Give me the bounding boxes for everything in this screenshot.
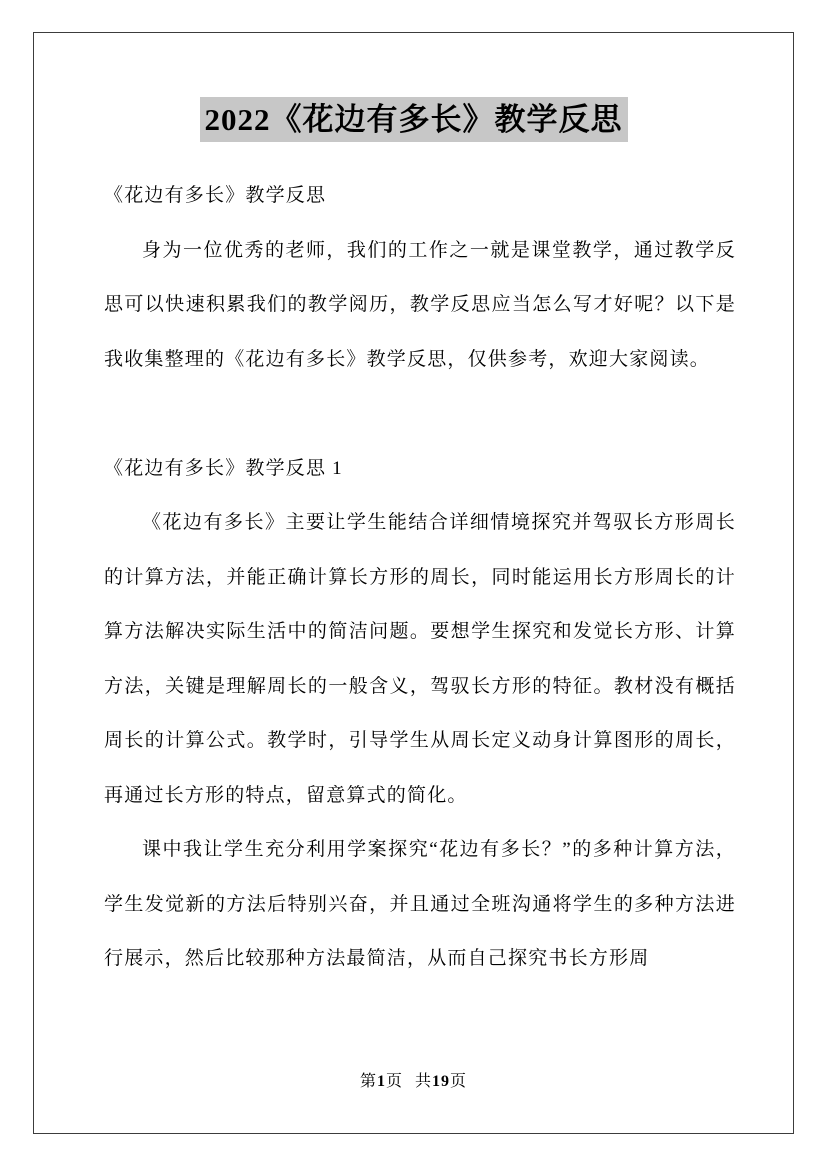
paragraph-section-body-2: 课中我让学生充分利用学案探究“花边有多长？”的多种计算方法，学生发觉新的方法后特…	[104, 823, 736, 987]
paragraph-intro: 身为一位优秀的老师，我们的工作之一就是课堂教学，通过教学反思可以快速积累我们的教…	[104, 224, 736, 388]
paragraph-section-body-1: 《花边有多长》主要让学生能结合详细情境探究并驾驭长方形周长的计算方法，并能正确计…	[104, 496, 736, 823]
paragraph-subtitle: 《花边有多长》教学反思	[104, 169, 736, 224]
page-footer: 第1页共19页	[33, 1072, 794, 1092]
document-page: { "page": { "background_color": "#ffffff…	[0, 0, 827, 1170]
footer-page-unit: 页	[386, 1073, 403, 1090]
footer-total-prefix: 共	[415, 1073, 432, 1090]
document-title-row: 2022《花边有多长》教学反思	[33, 97, 794, 142]
footer-total-unit: 页	[450, 1073, 467, 1090]
paragraph-section-heading: 《花边有多长》教学反思 1	[104, 442, 736, 497]
footer-total-pages: 19	[432, 1073, 450, 1090]
footer-current-page: 1	[377, 1073, 386, 1090]
footer-page-prefix: 第	[360, 1073, 377, 1090]
document-title: 2022《花边有多长》教学反思	[200, 97, 628, 142]
document-body: 《花边有多长》教学反思 身为一位优秀的老师，我们的工作之一就是课堂教学，通过教学…	[104, 169, 736, 987]
